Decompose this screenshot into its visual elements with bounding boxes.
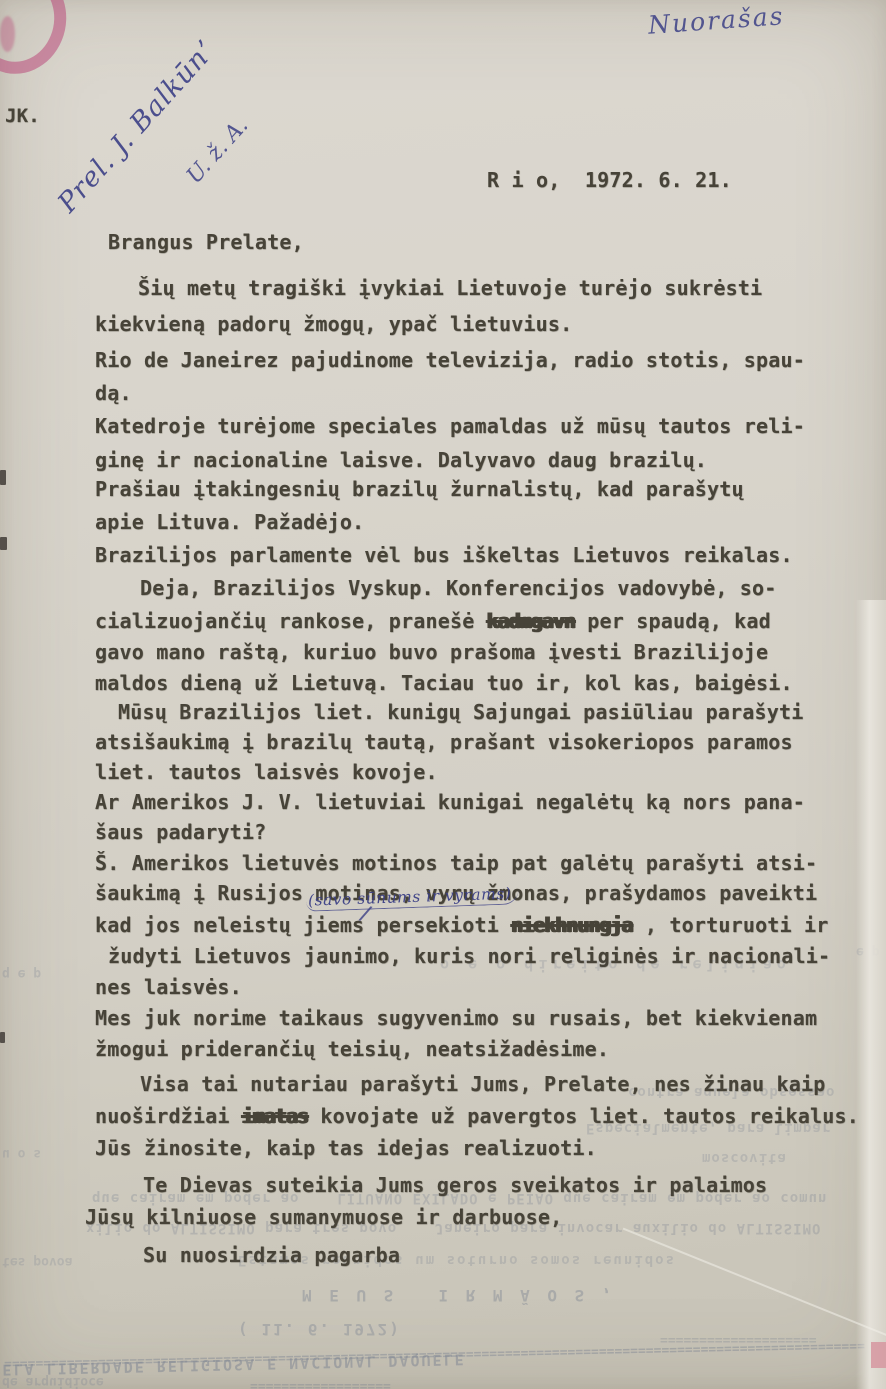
typed-line: Prašiau įtakingesnių brazilų žurnalistų,… [95,477,744,501]
typed-text: šaus padaryti? [95,820,266,844]
salutation: Brangus Prelate, [108,230,304,254]
typed-line: cializuojančių rankose, pranešė kadmgavn… [95,609,771,633]
pink-edge-mark [871,1342,886,1368]
typed-line: gavo mano raštą, kuriuo buvo prašoma įve… [95,640,768,664]
page-edge-highlight [856,600,886,1389]
stamp-ink-blob [0,16,15,52]
typed-line: dą. [95,381,132,405]
handwritten-addressee: Prel. J. Balkūnʼ [52,35,222,219]
typed-line: Brazilijos parlamente vėl bus iškeltas L… [95,543,793,567]
typed-text: Visa tai nutariau parašyti Jums, Prelate… [140,1072,826,1096]
typed-text: maldos dieną už Lietuvą. Taciau tuo ir, … [95,671,793,695]
bleedthrough-text: de arquidioce [2,1374,104,1389]
typed-text: , torturuoti ir [633,913,829,937]
typed-line: nes laisvės. [95,975,242,999]
typed-line: ginę ir nacionaline laisve. Dalyvavo dau… [95,448,707,472]
typed-text: kovojate už pavergtos liet. tautos reika… [308,1104,859,1128]
typed-line: apie Lituva. Pažadėjo. [95,510,364,534]
handwritten-addressee-sub: U. ž. A. [182,113,253,188]
typed-text: Te Dievas suteikia Jums geros sveikatos … [143,1173,767,1197]
typed-text: dą. [95,381,132,405]
typed-line: Šių metų tragiški įvykiai Lietuvoje turė… [138,276,762,300]
typed-text: ginę ir nacionaline laisve. Dalyvavo dau… [95,448,707,472]
struck-out-word: kadmgavn [487,609,575,633]
typed-text: kad jos neleistų jiems persekioti [95,913,511,937]
typed-line: Deja, Brazilijos Vyskup. Konferencijos v… [140,576,777,600]
typed-text: cializuojančių rankose, pranešė [95,609,487,633]
typed-text: Jūs žinosite, kaip tas idejas realizuoti… [95,1136,597,1160]
bleedthrough-text: u o s [2,1146,41,1161]
typed-line: Rio de Janeirez pajudinome televizija, r… [95,348,805,372]
edge-ink-mark [0,470,6,485]
typed-line: šaus padaryti? [95,820,266,844]
typed-text: gavo mano raštą, kuriuo buvo prašoma įve… [95,640,768,664]
struck-out-word: niekhnungja [511,913,632,937]
typed-text: Su nuosirdzia pagarba [143,1243,400,1267]
edge-ink-mark [0,537,7,550]
bleedthrough-text: ================== [250,1378,391,1389]
typed-text: žmogui priderančių teisių, neatsižadėsim… [95,1037,609,1061]
typed-text: Jūsų kilniuose sumanymuose ir darbuose, [85,1205,562,1229]
typed-text: atsišaukimą į brazilų tautą, prašant vis… [95,730,793,754]
typed-text: nes laisvės. [95,975,242,999]
typed-text: Ar Amerikos J. V. lietuviai kunigai nega… [95,790,805,814]
typed-line: nuoširdžiai imatas kovojate už pavergtos… [95,1104,859,1128]
typed-text: per spaudą, kad [575,609,771,633]
typed-text: nuoširdžiai [95,1104,242,1128]
typed-text: apie Lituva. Pažadėjo. [95,510,364,534]
typed-line: Su nuosirdzia pagarba [143,1243,400,1267]
typed-text: Mūsų Brazilijos liet. kunigų Sajungai pa… [118,700,804,724]
typed-line: žudyti Lietuvos jaunimo, kuris nori reli… [108,944,830,968]
typed-line: Š. Amerikos lietuvės motinos taip pat ga… [95,851,817,875]
typed-line: atsišaukimą į brazilų tautą, prašant vis… [95,730,793,754]
typed-line: Jūsų kilniuose sumanymuose ir darbuose, [85,1205,562,1229]
bleedthrough-text: tes povoa [2,1254,72,1269]
typed-line: Mes juk norime taikaus sugyvenimo su rus… [95,1006,817,1030]
typed-line: Mūsų Brazilijos liet. kunigų Sajungai pa… [118,700,804,724]
edge-ink-mark [0,1032,5,1043]
typed-text: Deja, Brazilijos Vyskup. Konferencijos v… [140,576,777,600]
bleedthrough-text: M E U S I R M Ã O S , [302,1286,616,1305]
typed-text: žudyti Lietuvos jaunimo, kuris nori reli… [108,944,830,968]
typed-line: Visa tai nutariau parašyti Jums, Prelate… [140,1072,826,1096]
typed-text: Šių metų tragiški įvykiai Lietuvoje turė… [138,276,762,300]
typed-text: Mes juk norime taikaus sugyvenimo su rus… [95,1006,817,1030]
typed-text: liet. tautos laisvės kovoje. [95,760,438,784]
typed-line: Te Dievas suteikia Jums geros sveikatos … [143,1173,767,1197]
struck-out-word: imatas [242,1104,308,1128]
typed-text: Š. Amerikos lietuvės motinos taip pat ga… [95,851,817,875]
typed-text: Rio de Janeirez pajudinome televizija, r… [95,348,805,372]
typed-line: Katedroje turėjome speciales pamaldas už… [95,414,805,438]
date-line: R i o, 1972. 6. 21. [487,168,732,192]
bleedthrough-text: moscovita [702,1150,787,1166]
typed-text: kiekvieną padorų žmogų, ypač lietuvius. [95,312,572,336]
typed-line: žmogui priderančių teisių, neatsižadėsim… [95,1037,609,1061]
typed-line: maldos dieną už Lietuvą. Taciau tuo ir, … [95,671,793,695]
typed-line: kad jos neleistų jiems persekioti niekhn… [95,913,829,937]
typed-line: Ar Amerikos J. V. lietuviai kunigai nega… [95,790,805,814]
typed-text: Katedroje turėjome speciales pamaldas už… [95,414,805,438]
bleedthrough-text: q e p [2,966,41,981]
typed-line: liet. tautos laisvės kovoje. [95,760,438,784]
corner-initials: JK. [5,104,40,128]
typed-text: Prašiau įtakingesnių brazilų žurnalistų,… [95,477,744,501]
handwritten-note-copy: Nuorašas [647,1,785,39]
typed-line: Jūs žinosite, kaip tas idejas realizuoti… [95,1136,597,1160]
typed-text: Brazilijos parlamente vėl bus iškeltas L… [95,543,793,567]
letter-page: JK. Nuorašas Prel. J. Balkūnʼ U. ž. A. R… [0,0,886,1389]
typed-line: kiekvieną padorų žmogų, ypač lietuvius. [95,312,572,336]
bleedthrough-text: ( 11. 6. 1972) [238,1320,401,1339]
